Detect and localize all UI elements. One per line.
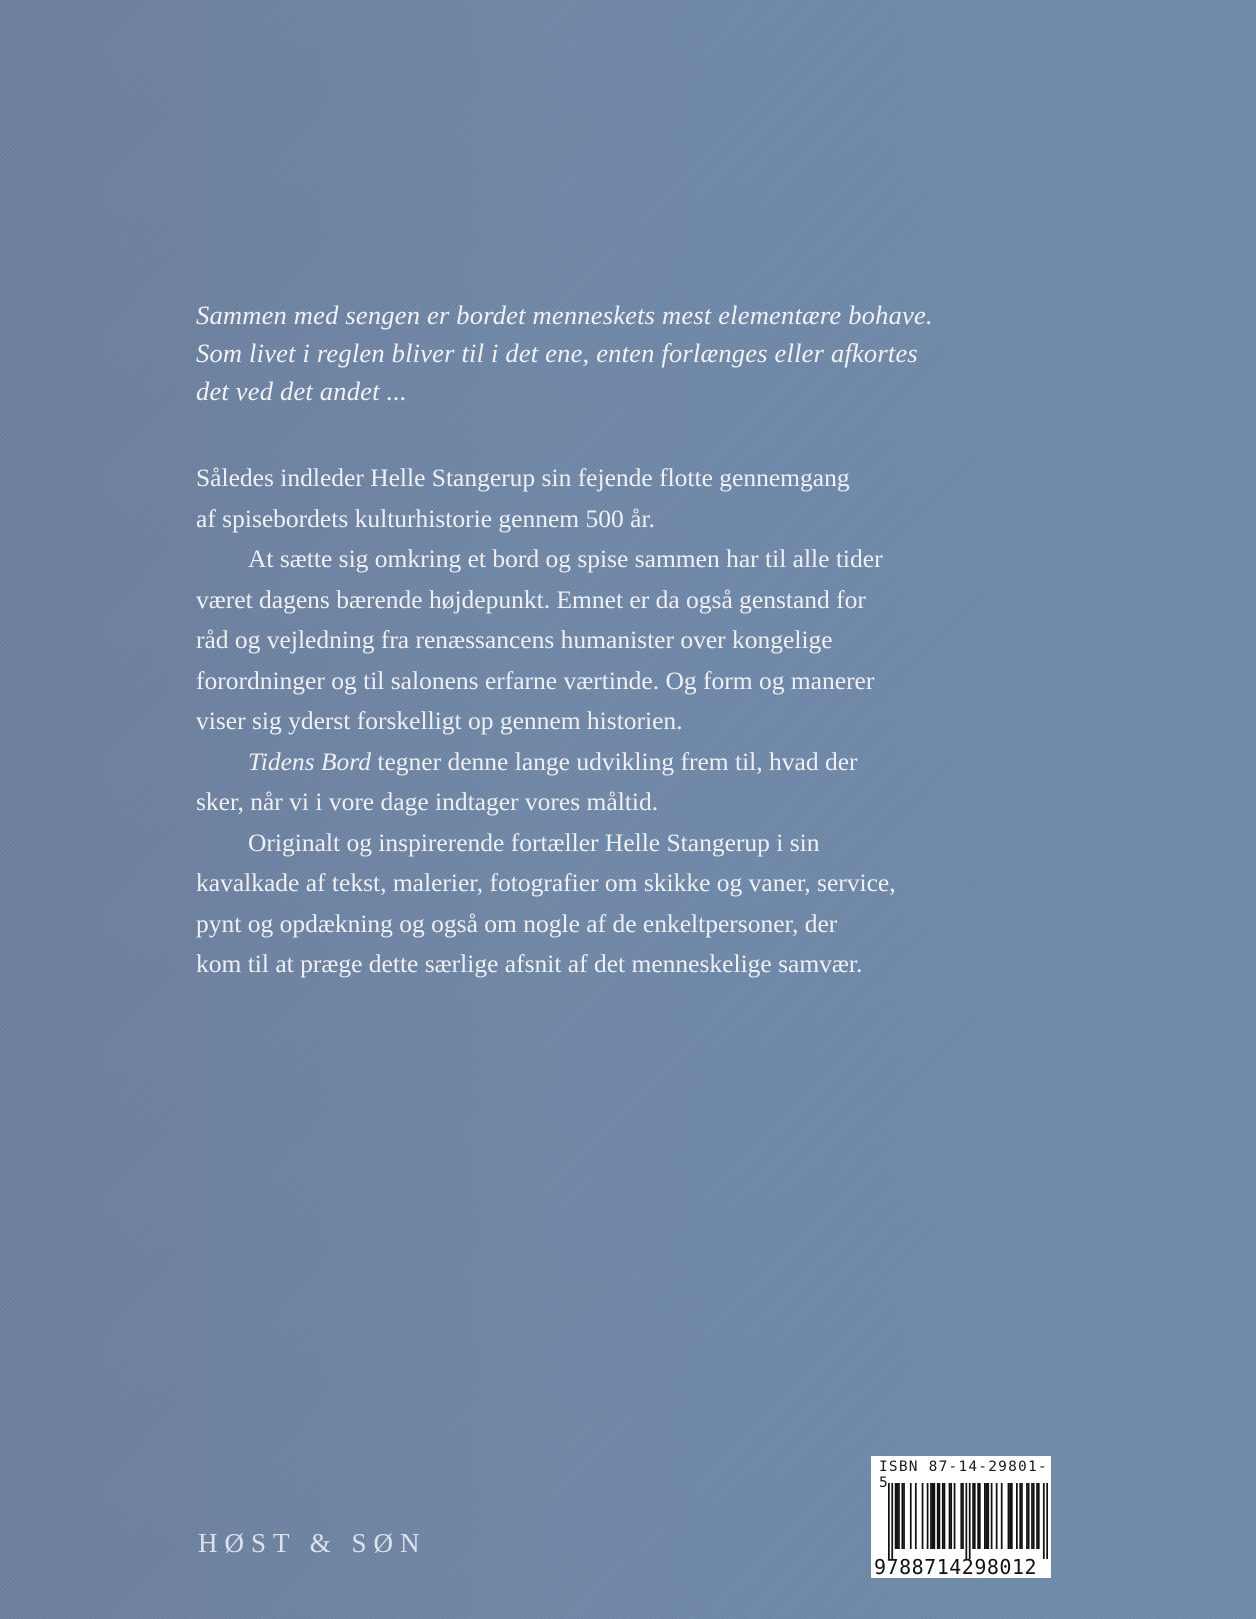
text-line: sker, når vi i vore dage indtager vores … xyxy=(196,782,1076,823)
paragraph-4: Originalt og inspirerende fortæller Hell… xyxy=(196,823,1076,985)
text-line: af spisebordets kulturhistorie gennem 50… xyxy=(196,499,1076,540)
text-line: råd og vejledning fra renæssancens human… xyxy=(196,620,1076,661)
blurb-text: Således indleder Helle Stangerup sin fej… xyxy=(196,458,1076,985)
quote-line: Sammen med sengen er bordet menneskets m… xyxy=(196,296,1076,334)
isbn-barcode: ISBN 87-14-29801-5 9788714298012 xyxy=(871,1456,1051,1578)
barcode-bars-icon xyxy=(888,1483,1048,1559)
text-line: kom til at præge dette særlige afsnit af… xyxy=(196,944,1076,985)
paragraph-3: Tidens Bord tegner denne lange udvikling… xyxy=(196,742,1076,823)
text-line: kavalkade af tekst, malerier, fotografie… xyxy=(196,863,1076,904)
paragraph-1: Således indleder Helle Stangerup sin fej… xyxy=(196,458,1076,539)
epigraph-quote: Sammen med sengen er bordet menneskets m… xyxy=(196,296,1076,410)
text-line: Originalt og inspirerende fortæller Hell… xyxy=(196,823,1076,864)
text-line: viser sig yderst forskelligt op gennem h… xyxy=(196,701,1076,742)
text-line: været dagens bærende højdepunkt. Emnet e… xyxy=(196,580,1076,621)
ean-number: 9788714298012 xyxy=(874,1556,1037,1578)
text-line: At sætte sig omkring et bord og spise sa… xyxy=(196,539,1076,580)
book-title: Tidens Bord xyxy=(248,747,371,776)
text-fragment: tegner denne lange udvikling frem til, h… xyxy=(371,747,857,776)
publisher-name: HØST & SØN xyxy=(198,1528,427,1559)
text-line: forordninger og til salonens erfarne vær… xyxy=(196,661,1076,702)
paragraph-2: At sætte sig omkring et bord og spise sa… xyxy=(196,539,1076,742)
text-line: Tidens Bord tegner denne lange udvikling… xyxy=(196,742,1076,783)
quote-line: Som livet i reglen bliver til i det ene,… xyxy=(196,334,1076,372)
text-line: pynt og opdækning og også om nogle af de… xyxy=(196,904,1076,945)
text-line: Således indleder Helle Stangerup sin fej… xyxy=(196,458,1076,499)
quote-line: det ved det andet ... xyxy=(196,372,1076,410)
